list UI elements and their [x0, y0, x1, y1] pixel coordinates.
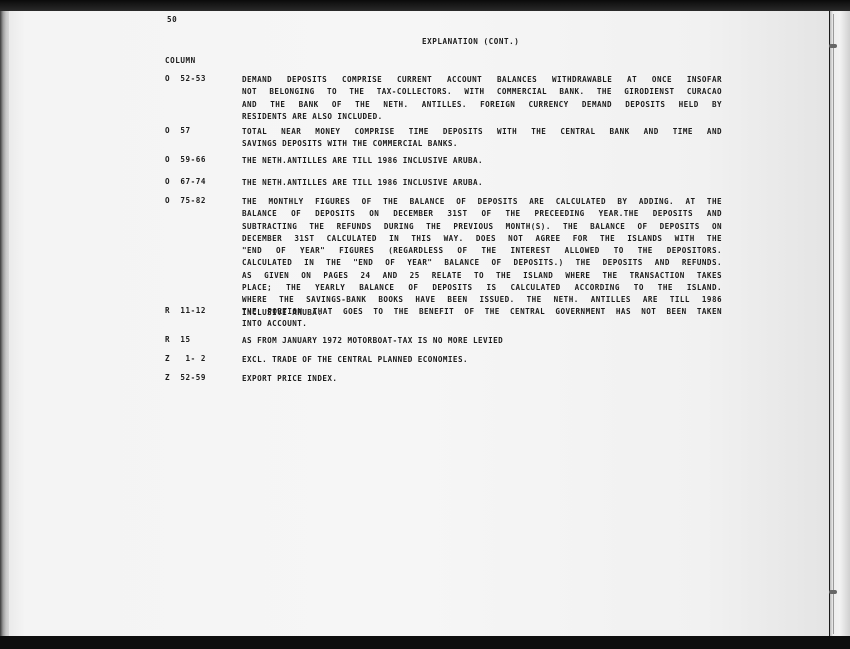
explanation-line: WHERE THE SAVINGS-BANK BOOKS HAVE BEEN I…: [242, 294, 722, 306]
column-reference: O 52-53: [165, 74, 206, 83]
scanner-top-edge: [0, 0, 850, 11]
explanation-line: TOTAL NEAR MONEY COMPRISE TIME DEPOSITS …: [242, 126, 722, 138]
explanation-line: AND THE BANK OF THE NETH. ANTILLES. FORE…: [242, 99, 722, 111]
column-header: COLUMN: [165, 56, 196, 65]
section-title: EXPLANATION (CONT.): [422, 37, 519, 46]
page-binding-edge: [0, 11, 9, 636]
explanation-text: EXPORT PRICE INDEX.: [242, 373, 722, 385]
explanation-text: DEMAND DEPOSITS COMPRISE CURRENT ACCOUNT…: [242, 74, 722, 123]
explanation-line: AS GIVEN ON PAGES 24 AND 25 RELATE TO TH…: [242, 270, 722, 282]
explanation-text: AS FROM JANUARY 1972 MOTORBOAT-TAX IS NO…: [242, 335, 722, 347]
explanation-line: THE MONTHLY FIGURES OF THE BALANCE OF DE…: [242, 196, 722, 208]
explanation-line: THE NETH.ANTILLES ARE TILL 1986 INCLUSIV…: [242, 177, 722, 189]
explanation-line: RESIDENTS ARE ALSO INCLUDED.: [242, 111, 722, 123]
reverse-side-bleed-through: [165, 400, 775, 600]
explanation-line: PLACE; THE YEARLY BALANCE OF DEPOSITS IS…: [242, 282, 722, 294]
explanation-line: DEMAND DEPOSITS COMPRISE CURRENT ACCOUNT…: [242, 74, 722, 86]
scanner-bottom-edge: [0, 636, 850, 649]
explanation-text: THE MONTHLY FIGURES OF THE BALANCE OF DE…: [242, 196, 722, 319]
explanation-line: THE PORTION THAT GOES TO THE BENEFIT OF …: [242, 306, 722, 318]
column-reference: Z 52-59: [165, 373, 206, 382]
explanation-text: THE PORTION THAT GOES TO THE BENEFIT OF …: [242, 306, 722, 331]
column-reference: Z 1- 2: [165, 354, 206, 363]
explanation-line: SAVINGS DEPOSITS WITH THE COMMERCIAL BAN…: [242, 138, 722, 150]
page-number: 50: [167, 15, 177, 24]
explanation-line: AS FROM JANUARY 1972 MOTORBOAT-TAX IS NO…: [242, 335, 722, 347]
explanation-line: SUBTRACTING THE REFUNDS DURING THE PREVI…: [242, 221, 722, 233]
explanation-line: CALCULATED IN THE "END OF YEAR" BALANCE …: [242, 257, 722, 269]
column-reference: O 67-74: [165, 177, 206, 186]
explanation-line: "END OF YEAR" FIGURES (REGARDLESS OF THE…: [242, 245, 722, 257]
explanation-text: EXCL. TRADE OF THE CENTRAL PLANNED ECONO…: [242, 354, 722, 366]
explanation-text: THE NETH.ANTILLES ARE TILL 1986 INCLUSIV…: [242, 177, 722, 189]
explanation-text: TOTAL NEAR MONEY COMPRISE TIME DEPOSITS …: [242, 126, 722, 151]
explanation-line: NOT BELONGING TO THE TAX-COLLECTORS. WIT…: [242, 86, 722, 98]
column-reference: O 59-66: [165, 155, 206, 164]
column-reference: O 57: [165, 126, 191, 135]
column-reference: R 15: [165, 335, 191, 344]
explanation-line: EXPORT PRICE INDEX.: [242, 373, 722, 385]
explanation-line: BALANCE OF DEPOSITS ON DECEMBER 31ST OF …: [242, 208, 722, 220]
binder-ring-icon: [829, 590, 837, 594]
binder-ring-icon: [829, 44, 837, 48]
column-reference: R 11-12: [165, 306, 206, 315]
explanation-line: THE NETH.ANTILLES ARE TILL 1986 INCLUSIV…: [242, 155, 722, 167]
explanation-line: EXCL. TRADE OF THE CENTRAL PLANNED ECONO…: [242, 354, 722, 366]
column-reference: O 75-82: [165, 196, 206, 205]
page-fold-line: [833, 14, 834, 634]
explanation-text: THE NETH.ANTILLES ARE TILL 1986 INCLUSIV…: [242, 155, 722, 167]
explanation-line: DECEMBER 31ST CALCULATED IN THIS WAY. DO…: [242, 233, 722, 245]
explanation-line: INTO ACCOUNT.: [242, 318, 722, 330]
